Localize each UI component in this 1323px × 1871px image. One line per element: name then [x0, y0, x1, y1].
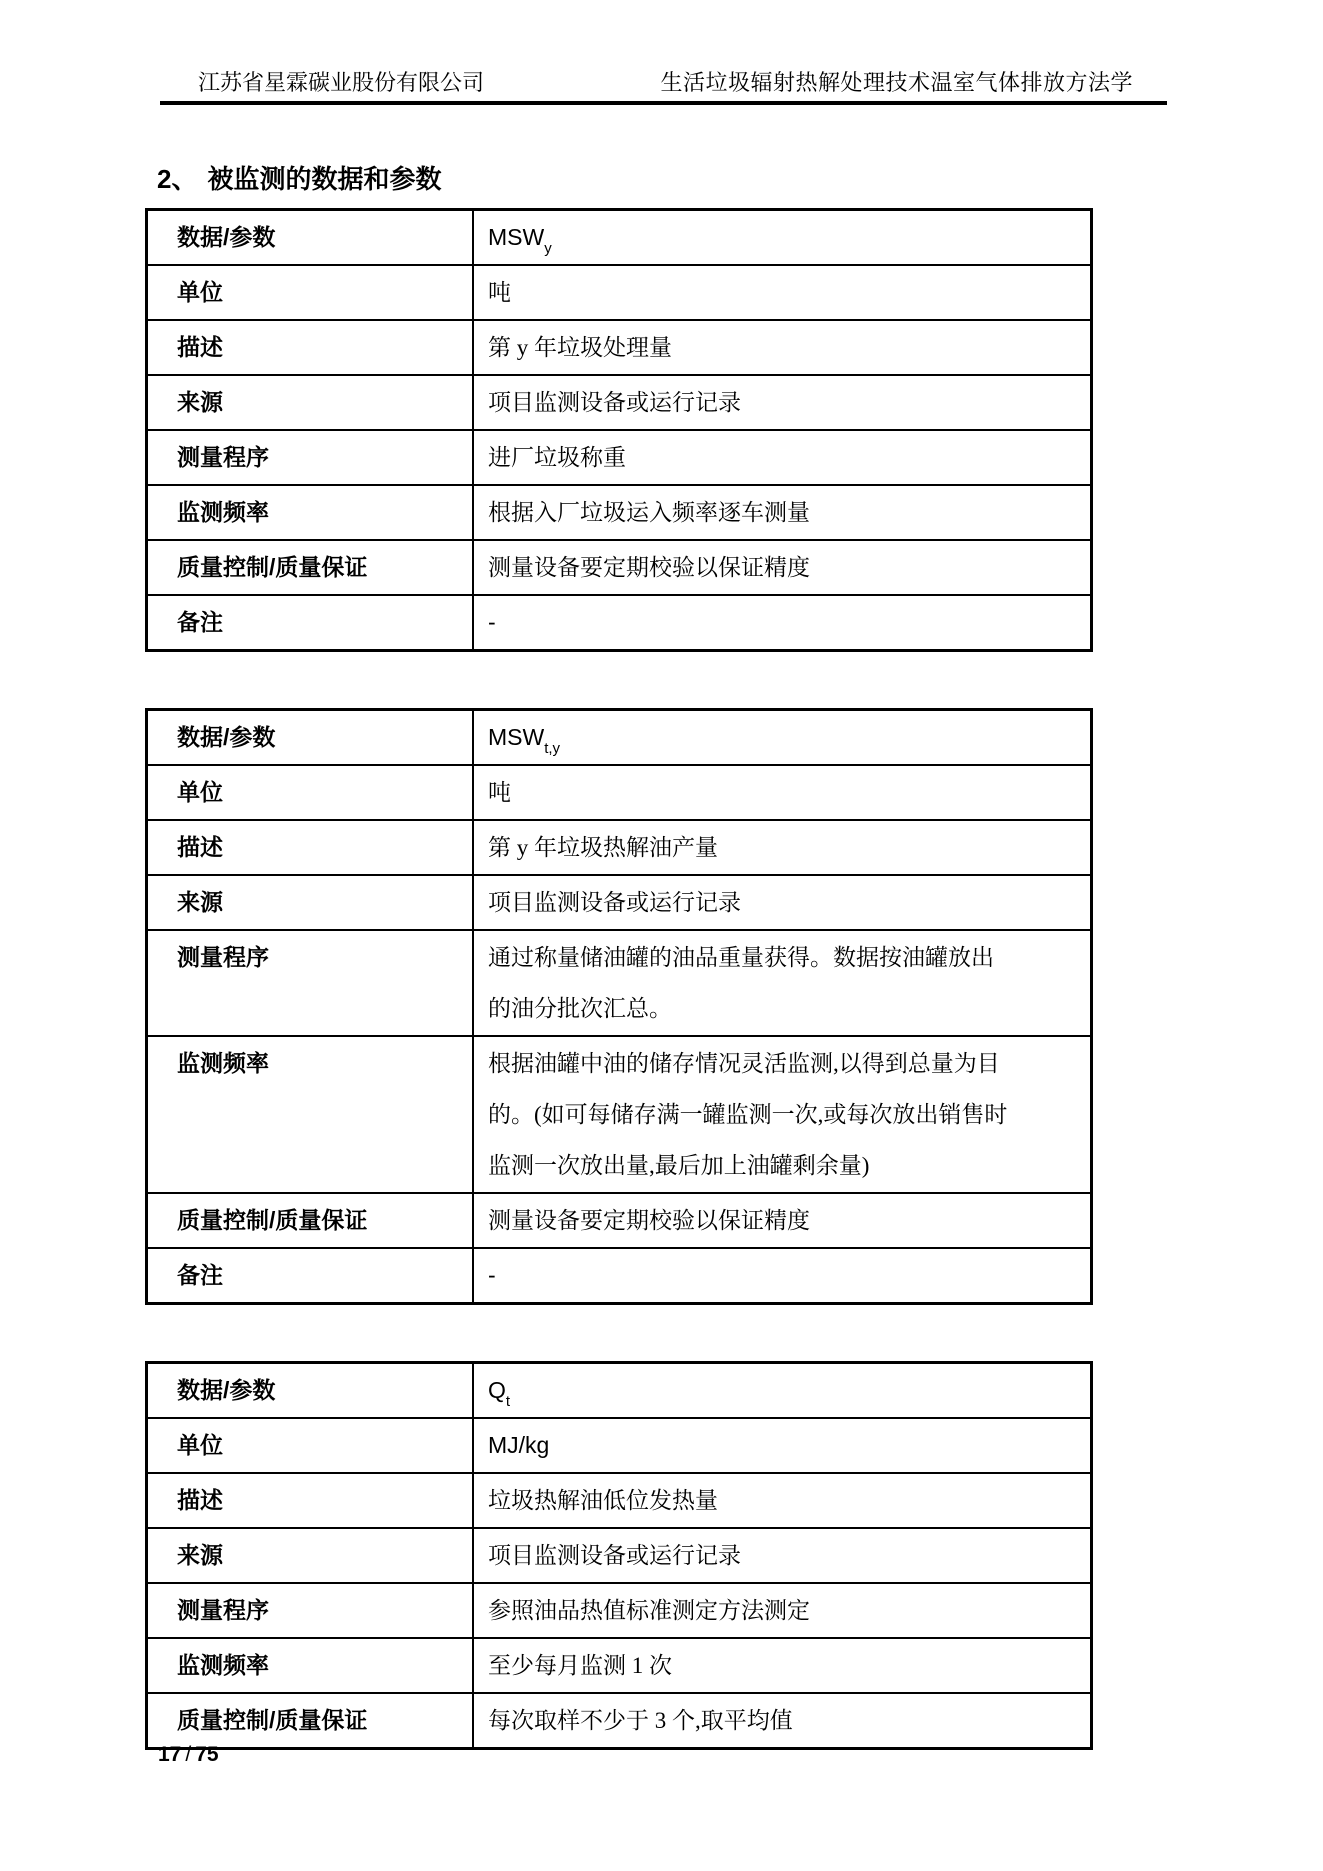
row-value: - — [474, 596, 1090, 649]
row-value: 测量设备要定期校验以保证精度 — [474, 541, 1090, 594]
row-value: 根据油罐中油的储存情况灵活监测,以得到总量为目的。(如可每储存满一罐监测一次,或… — [474, 1037, 1090, 1192]
row-value: 项目监测设备或运行记录 — [474, 876, 1090, 929]
row-label: 描述 — [148, 1474, 474, 1527]
header-document-title: 生活垃圾辐射热解处理技术温室气体排放方法学 — [660, 70, 1133, 96]
row-value: 吨 — [474, 766, 1090, 819]
row-value: 每次取样不少于 3 个,取平均值 — [474, 1694, 1090, 1747]
row-value: MJ/kg — [474, 1419, 1090, 1472]
table-row: 数据/参数 MSWt,y — [148, 711, 1090, 764]
row-label: 监测频率 — [148, 1639, 474, 1692]
row-label: 数据/参数 — [148, 211, 474, 264]
table-row: 监测频率 至少每月监测 1 次 — [148, 1637, 1090, 1692]
row-value: MSWt,y — [474, 711, 1090, 764]
document-header: 江苏省星霖碳业股份有限公司 生活垃圾辐射热解处理技术温室气体排放方法学 — [160, 70, 1167, 96]
page-content: 2、 被监测的数据和参数 数据/参数 MSWy 单位 吨 描述 第 y 年垃圾处… — [145, 163, 1093, 1750]
row-value: 第 y 年垃圾处理量 — [474, 321, 1090, 374]
table-row: 数据/参数 Qt — [148, 1364, 1090, 1417]
row-label: 测量程序 — [148, 431, 474, 484]
parameter-symbol: MSW — [488, 224, 544, 250]
row-value: 进厂垃圾称重 — [474, 431, 1090, 484]
table-row: 监测频率 根据入厂垃圾运入频率逐车测量 — [148, 484, 1090, 539]
parameter-symbol: Q — [488, 1377, 506, 1403]
section-heading: 2、 被监测的数据和参数 — [145, 163, 1093, 195]
row-label: 描述 — [148, 821, 474, 874]
table-row: 描述 第 y 年垃圾处理量 — [148, 319, 1090, 374]
table-row: 监测频率 根据油罐中油的储存情况灵活监测,以得到总量为目的。(如可每储存满一罐监… — [148, 1035, 1090, 1192]
table-row: 测量程序 通过称量储油罐的油品重量获得。数据按油罐放出的油分批次汇总。 — [148, 929, 1090, 1035]
row-label: 来源 — [148, 376, 474, 429]
row-value: 测量设备要定期校验以保证精度 — [474, 1194, 1090, 1247]
row-label: 来源 — [148, 876, 474, 929]
row-value: 第 y 年垃圾热解油产量 — [474, 821, 1090, 874]
row-value: - — [474, 1249, 1090, 1302]
monitoring-tables: 数据/参数 MSWy 单位 吨 描述 第 y 年垃圾处理量 来源 项目监测设备或… — [145, 208, 1093, 1750]
parameter-subscript: t — [506, 1393, 510, 1410]
table-row: 质量控制/质量保证 测量设备要定期校验以保证精度 — [148, 1192, 1090, 1247]
table-row: 测量程序 参照油品热值标准测定方法测定 — [148, 1582, 1090, 1637]
header-company-name: 江苏省星霖碳业股份有限公司 — [198, 70, 484, 96]
row-label: 监测频率 — [148, 1037, 474, 1192]
table-row: 来源 项目监测设备或运行记录 — [148, 374, 1090, 429]
row-value: MSWy — [474, 211, 1090, 264]
table-row: 数据/参数 MSWy — [148, 211, 1090, 264]
row-value: 项目监测设备或运行记录 — [474, 376, 1090, 429]
row-label: 单位 — [148, 1419, 474, 1472]
row-label: 质量控制/质量保证 — [148, 1694, 474, 1747]
table-row: 质量控制/质量保证 每次取样不少于 3 个,取平均值 — [148, 1692, 1090, 1747]
row-value: Qt — [474, 1364, 1090, 1417]
row-label: 备注 — [148, 596, 474, 649]
row-label: 监测频率 — [148, 486, 474, 539]
table-row: 描述 垃圾热解油低位发热量 — [148, 1472, 1090, 1527]
row-label: 质量控制/质量保证 — [148, 541, 474, 594]
parameter-subscript: t,y — [544, 740, 560, 757]
row-value: 垃圾热解油低位发热量 — [474, 1474, 1090, 1527]
page-number-separator: / — [181, 1743, 195, 1766]
table-row: 单位 吨 — [148, 764, 1090, 819]
page-footer: 17/75 — [158, 1742, 219, 1768]
table-row: 质量控制/质量保证 测量设备要定期校验以保证精度 — [148, 539, 1090, 594]
header-divider-rule — [160, 101, 1167, 105]
row-label: 测量程序 — [148, 931, 474, 1035]
table-row: 备注 - — [148, 1247, 1090, 1302]
row-label: 数据/参数 — [148, 1364, 474, 1417]
table-row: 来源 项目监测设备或运行记录 — [148, 1527, 1090, 1582]
page-total: 75 — [195, 1743, 218, 1766]
row-value: 吨 — [474, 266, 1090, 319]
row-label: 单位 — [148, 266, 474, 319]
monitoring-table: 数据/参数 Qt 单位 MJ/kg 描述 垃圾热解油低位发热量 来源 项目监测设… — [145, 1361, 1093, 1750]
parameter-symbol: MSW — [488, 724, 544, 750]
section-number: 2、 — [157, 163, 197, 195]
page-number: 17 — [158, 1743, 181, 1766]
row-value: 参照油品热值标准测定方法测定 — [474, 1584, 1090, 1637]
row-value: 根据入厂垃圾运入频率逐车测量 — [474, 486, 1090, 539]
parameter-subscript: y — [544, 240, 552, 257]
monitoring-table: 数据/参数 MSWt,y 单位 吨 描述 第 y 年垃圾热解油产量 来源 项目监… — [145, 708, 1093, 1305]
row-label: 数据/参数 — [148, 711, 474, 764]
section-title: 被监测的数据和参数 — [207, 163, 441, 195]
table-row: 描述 第 y 年垃圾热解油产量 — [148, 819, 1090, 874]
row-label: 质量控制/质量保证 — [148, 1194, 474, 1247]
row-label: 单位 — [148, 766, 474, 819]
row-label: 描述 — [148, 321, 474, 374]
table-row: 来源 项目监测设备或运行记录 — [148, 874, 1090, 929]
row-value: 项目监测设备或运行记录 — [474, 1529, 1090, 1582]
table-row: 单位 MJ/kg — [148, 1417, 1090, 1472]
monitoring-table: 数据/参数 MSWy 单位 吨 描述 第 y 年垃圾处理量 来源 项目监测设备或… — [145, 208, 1093, 652]
row-label: 来源 — [148, 1529, 474, 1582]
row-value: 至少每月监测 1 次 — [474, 1639, 1090, 1692]
table-row: 备注 - — [148, 594, 1090, 649]
row-label: 测量程序 — [148, 1584, 474, 1637]
row-label: 备注 — [148, 1249, 474, 1302]
table-row: 单位 吨 — [148, 264, 1090, 319]
row-value: 通过称量储油罐的油品重量获得。数据按油罐放出的油分批次汇总。 — [474, 931, 1090, 1035]
table-row: 测量程序 进厂垃圾称重 — [148, 429, 1090, 484]
